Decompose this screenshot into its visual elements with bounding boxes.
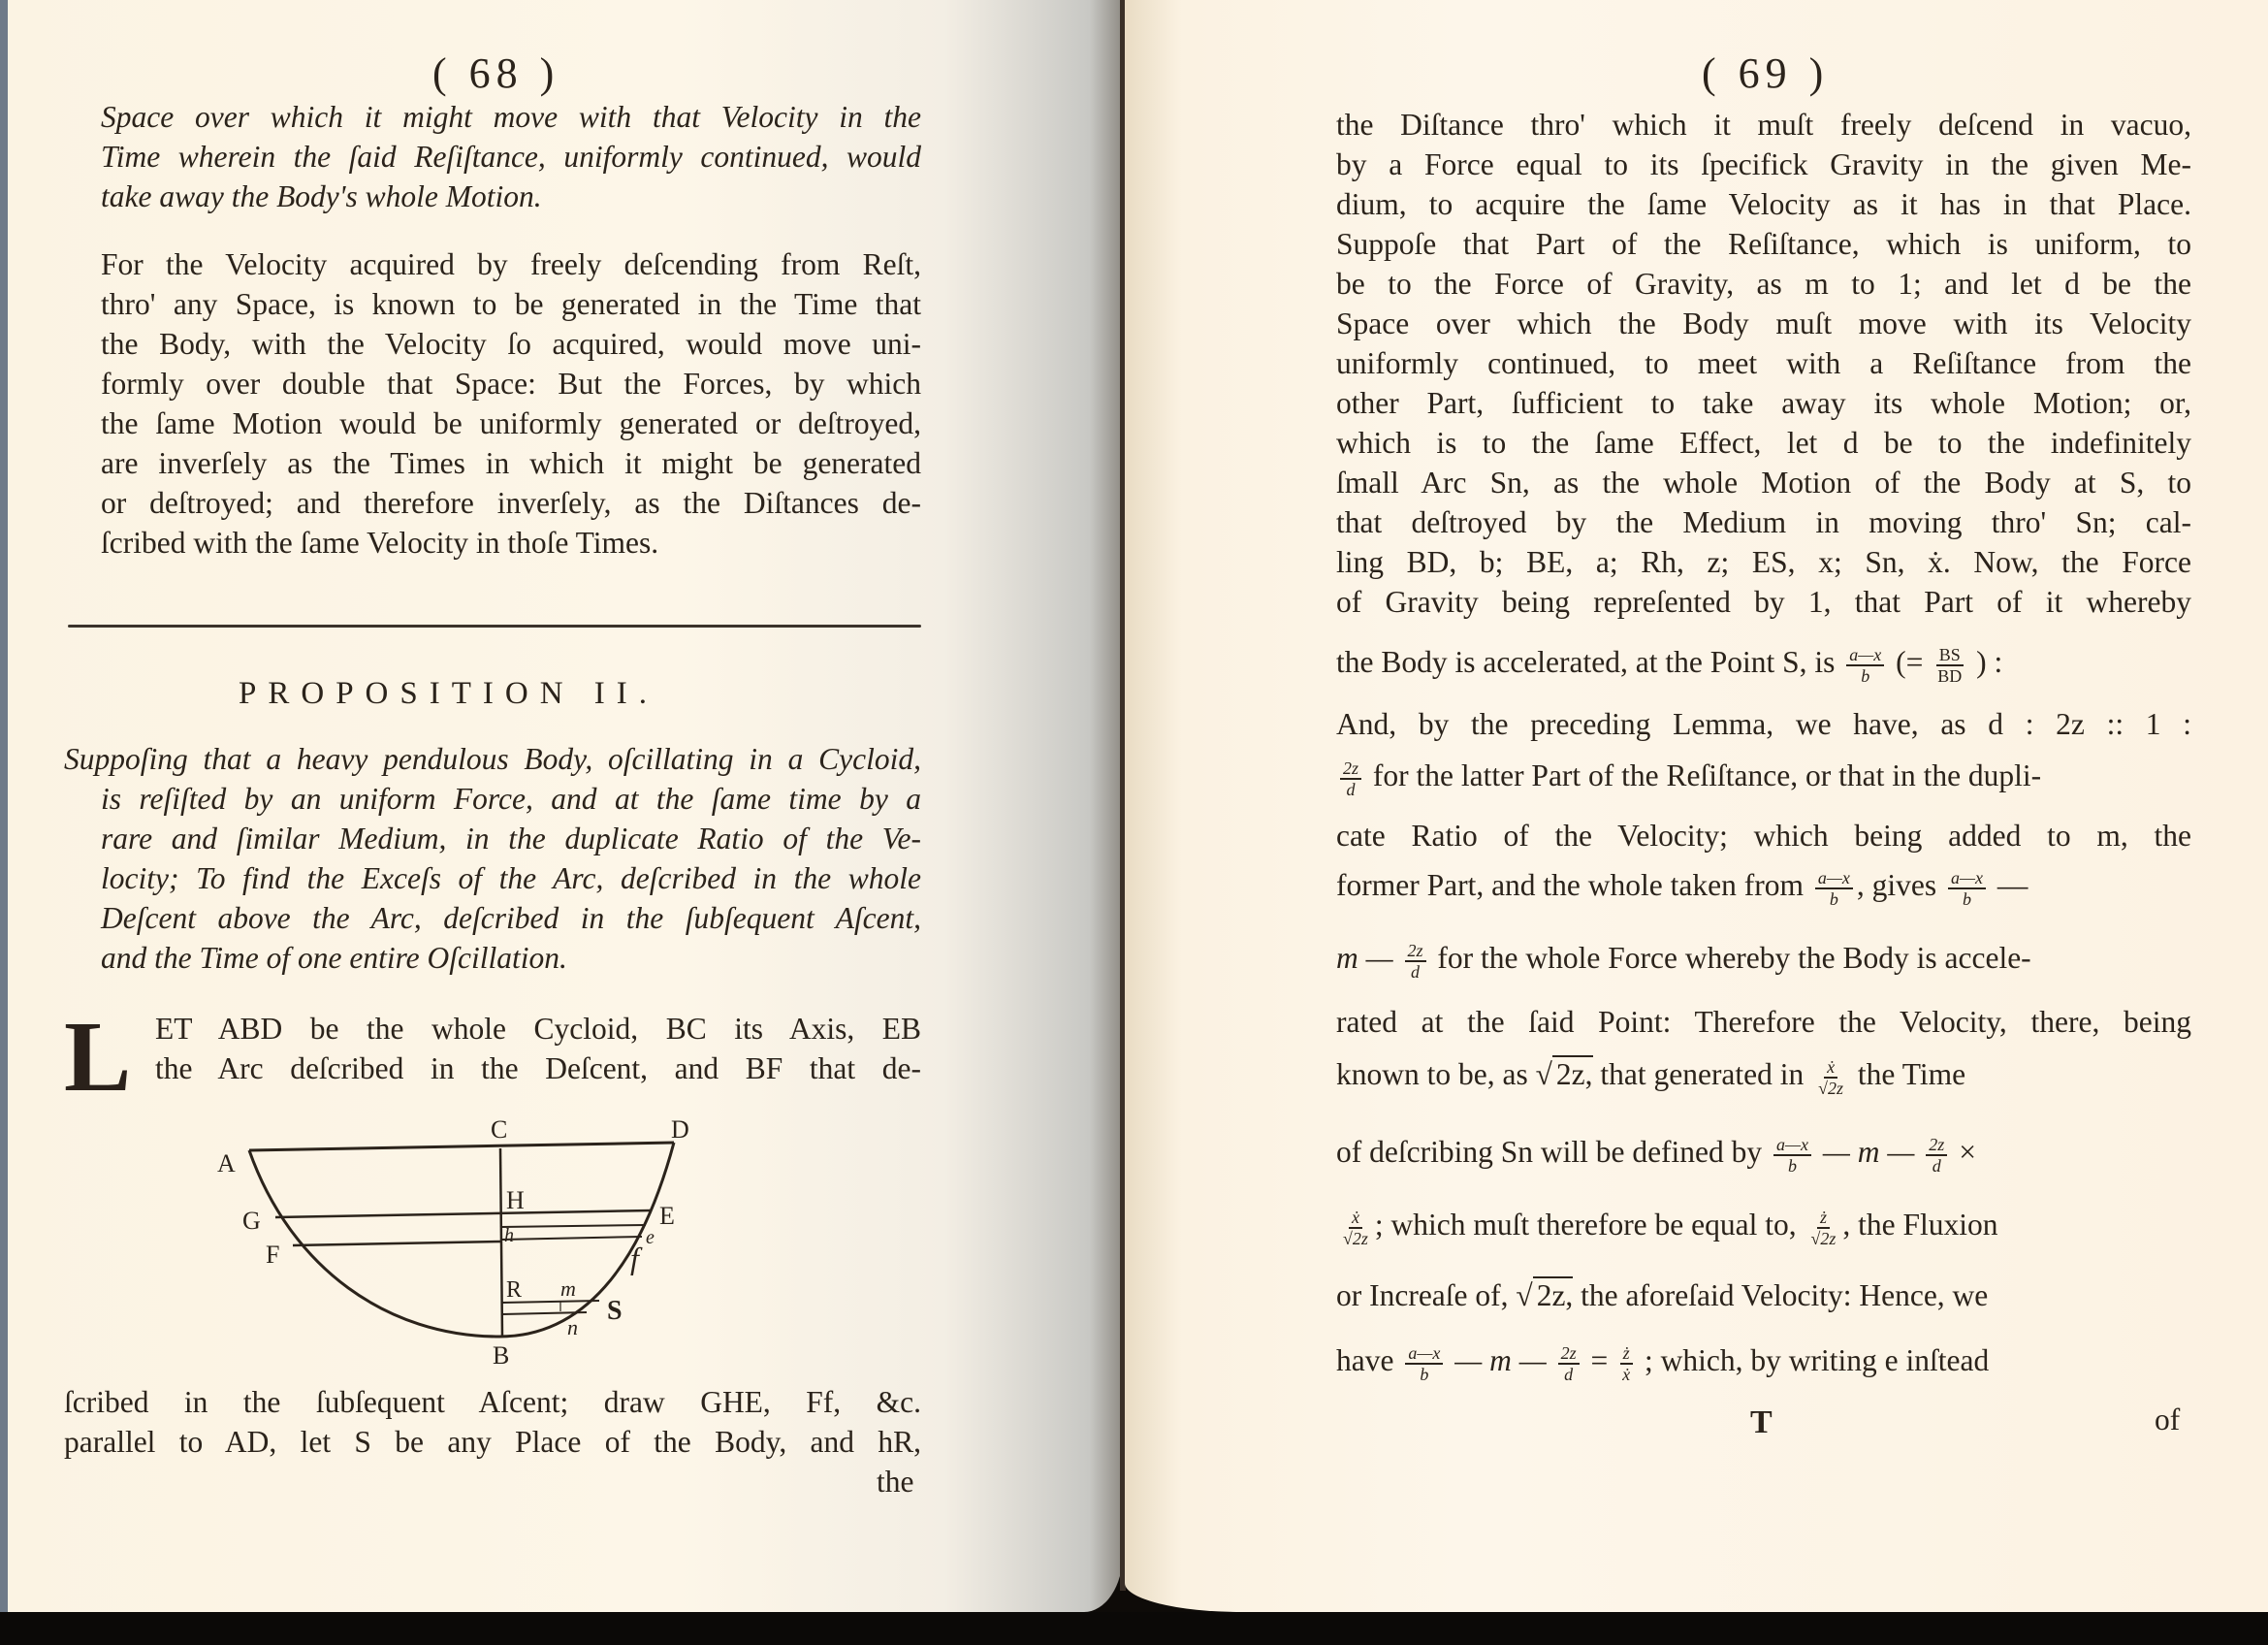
fraction: ẋ√2z — [1340, 1208, 1371, 1248]
text-line: take away the Body's whole Motion. — [101, 177, 921, 216]
math-line-25: have a—xb — m — 2zd = żẋ ; which, by wri… — [1336, 1343, 1989, 1384]
label-h-small: h — [504, 1225, 514, 1246]
label-d: D — [671, 1115, 689, 1144]
text-line: by a Force equal to its ſpecifick Gravit… — [1336, 145, 2191, 184]
fraction: a—xb — [1405, 1343, 1443, 1384]
math-line-17: cate Ratio of the Velocity; which being … — [1336, 816, 2191, 855]
label-e: E — [659, 1202, 675, 1230]
text-line: Suppoſing that a heavy pendulous Body, o… — [64, 739, 921, 779]
text-line: For the Velocity acquired by freely deſc… — [101, 244, 921, 284]
page-number-left: ( 68 ) — [432, 48, 559, 98]
label-f-small: f — [630, 1241, 643, 1275]
math-line-21: known to be, as √2z, that generated in ẋ… — [1336, 1057, 1965, 1098]
text-line: thro' any Space, is known to be generate… — [101, 284, 921, 324]
label-h: H — [506, 1186, 525, 1214]
text-line: other Part, ſufficient to take away its … — [1336, 383, 2191, 423]
fraction: ẋ√2z — [1815, 1057, 1846, 1098]
fraction: a—xb — [1773, 1135, 1811, 1176]
math-line-24: or Increaſe of, √2z, the aforeſaid Veloc… — [1336, 1278, 1988, 1313]
text-line: and the Time of one entire Oſcillation. — [101, 938, 921, 978]
text-line: the ſame Motion would be uniformly gener… — [101, 403, 921, 443]
right-paragraph: the Diſtance thro' which it muſt freely … — [1336, 105, 2191, 622]
text-line: Suppoſe that Part of the Reſiſtance, whi… — [1336, 224, 2191, 264]
text-line: which is to the ſame Effect, let d be to… — [1336, 423, 2191, 463]
text-line: the Arc deſcribed in the Deſcent, and BF… — [155, 1048, 921, 1088]
proof-start: ET ABD be the whole Cycloid, BC its Axis… — [155, 1009, 921, 1088]
text-line: ſcribed with the ſame Velocity in thoſe … — [101, 523, 921, 563]
text-line: of Gravity being repreſented by 1, that … — [1336, 582, 2191, 622]
fraction: BSBD — [1934, 645, 1965, 686]
text-line: formly over double that Space: But the F… — [101, 364, 921, 403]
math-line-14: the Body is accelerated, at the Point S,… — [1336, 645, 2002, 686]
text-line: Time wherein the ſaid Reſiſtance, unifor… — [101, 137, 921, 177]
text-line: Space over which it might move with that… — [101, 97, 921, 137]
fraction: a—xb — [1846, 645, 1884, 686]
text-line: the Body, with the Velocity ſo acquired,… — [101, 324, 921, 364]
signature-mark: T — [1750, 1404, 1773, 1441]
math-line-23: ẋ√2z; which muſt therefore be equal to, … — [1336, 1208, 1998, 1248]
text-line: ſmall Arc Sn, as the whole Motion of the… — [1336, 463, 2191, 502]
book-spread: ( 68 ) Space over which it might move wi… — [0, 0, 2268, 1612]
text-line: ling BD, b; BE, a; Rh, z; ES, x; Sn, ẋ. … — [1336, 542, 2191, 582]
label-r: R — [506, 1277, 522, 1303]
label-b: B — [493, 1341, 509, 1366]
text-line: parallel to AD, let S be any Place of th… — [64, 1422, 921, 1462]
scan-bottom-edge — [0, 1612, 2268, 1645]
drop-cap: L — [64, 1016, 131, 1098]
text-line: Deſcent above the Arc, deſcribed in the … — [101, 898, 921, 938]
text-line: locity; To find the Exceſs of the Arc, d… — [101, 858, 921, 898]
fraction: 2zd — [1926, 1135, 1947, 1176]
label-s: S — [607, 1296, 623, 1326]
text-line: or deſtroyed; and therefore inverſely, a… — [101, 483, 921, 523]
cycloid-diagram: A C D G H E F h e f R m S n B — [204, 1104, 766, 1366]
fraction: a—xb — [1948, 868, 1986, 909]
label-e-small: e — [646, 1227, 655, 1248]
math-line-19: m — 2zd for the whole Force whereby the … — [1336, 941, 2031, 982]
label-m: m — [560, 1276, 576, 1301]
opening-italic: Space over which it might move with that… — [101, 97, 921, 216]
fraction: 2zd — [1340, 758, 1361, 799]
proposition-statement: Suppoſing that a heavy pendulous Body, o… — [64, 739, 921, 978]
fraction: 2zd — [1405, 941, 1426, 982]
left-edge — [0, 0, 8, 1612]
text-line: that deſtroyed by the Medium in moving t… — [1336, 502, 2191, 542]
label-g: G — [242, 1207, 261, 1235]
label-a: A — [217, 1149, 236, 1177]
text-line: ſcribed in the ſubſequent Aſcent; draw G… — [64, 1382, 921, 1422]
math-line-20: rated at the ſaid Point: Therefore the V… — [1336, 1002, 2191, 1042]
text-line: ET ABD be the whole Cycloid, BC its Axis… — [155, 1009, 921, 1048]
label-c: C — [491, 1115, 507, 1144]
math-line-16: 2zd for the latter Part of the Reſiſtanc… — [1336, 758, 2041, 799]
fraction: 2zd — [1558, 1343, 1580, 1384]
text-line: is reſiſted by an uniform Force, and at … — [101, 779, 921, 819]
text-line: rare and ſimilar Medium, in the duplicat… — [101, 819, 921, 858]
text-line: are inverſely as the Times in which it m… — [101, 443, 921, 483]
math-line-22: of deſcribing Sn will be defined by a—xb… — [1336, 1135, 1976, 1176]
text-line: Space over which the Body muſt move with… — [1336, 304, 2191, 343]
proposition-title: PROPOSITION II. — [239, 676, 658, 712]
catchword-right: of — [2155, 1400, 2180, 1439]
label-n: n — [567, 1315, 578, 1339]
label-f: F — [266, 1241, 279, 1269]
math-line-15: And, by the preceding Lemma, we have, as… — [1336, 704, 2191, 744]
fraction: a—xb — [1815, 868, 1853, 909]
paragraph: For the Velocity acquired by freely deſc… — [101, 244, 921, 563]
page-number-right: ( 69 ) — [1702, 48, 1829, 98]
catchword-left: the — [877, 1462, 913, 1501]
text-line: the Diſtance thro' which it muſt freely … — [1336, 105, 2191, 145]
text-line: be to the Force of Gravity, as m to 1; a… — [1336, 264, 2191, 304]
fraction: ż√2z — [1808, 1208, 1839, 1248]
text-line: dium, to acquire the ſame Velocity as it… — [1336, 184, 2191, 224]
text-line: uniformly continued, to meet with a Reſi… — [1336, 343, 2191, 383]
section-rule — [68, 625, 921, 628]
fraction: żẋ — [1619, 1343, 1633, 1384]
math-line-18: former Part, and the whole taken from a—… — [1336, 868, 2028, 909]
proof-continue: ſcribed in the ſubſequent Aſcent; draw G… — [64, 1382, 921, 1462]
